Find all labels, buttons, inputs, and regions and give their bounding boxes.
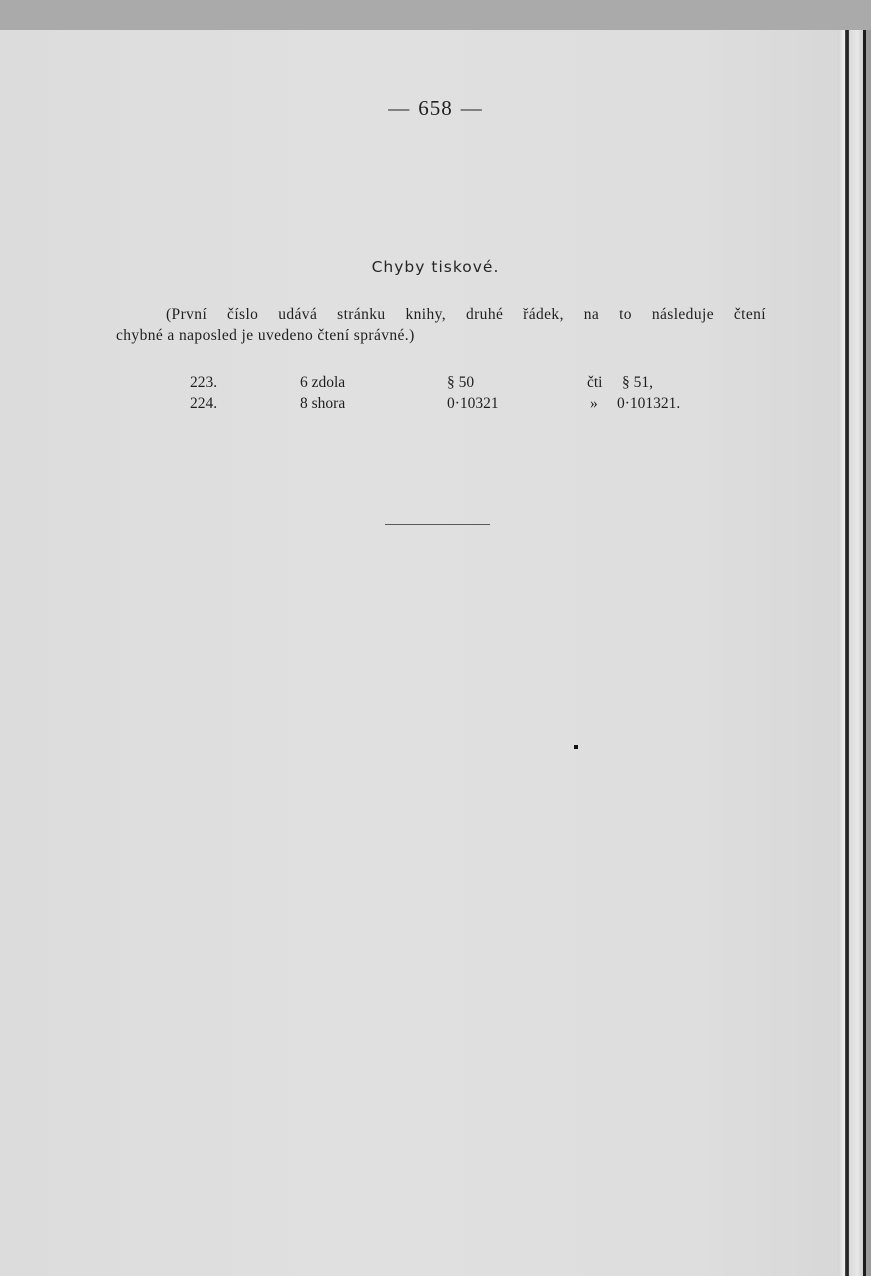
errata-wrong-reading: 0·10321 <box>447 395 499 413</box>
section-divider <box>385 524 490 525</box>
errata-correct-reading: § 51, <box>622 374 653 392</box>
errata-line: 6 zdola <box>300 374 345 392</box>
errata-correct-reading: 0·101321. <box>617 395 680 413</box>
page-edge <box>849 30 863 1276</box>
scan-right-margin <box>866 30 871 1276</box>
page-number-dash-right: — <box>461 96 483 121</box>
errata-page: 223. <box>190 374 217 392</box>
page-number-value: 658 <box>418 96 453 120</box>
errata-wrong-reading: § 50 <box>447 374 474 392</box>
scan-top-margin <box>0 0 871 30</box>
page-number: —658— <box>0 96 871 121</box>
errata-intro-paragraph: (První číslo udává stránku knihy, druhé … <box>116 304 766 346</box>
errata-page: 224. <box>190 395 217 413</box>
errata-line: 8 shora <box>300 395 345 413</box>
errata-row: 223. 6 zdola § 50 čti § 51, <box>0 374 871 395</box>
page-number-dash-left: — <box>388 96 410 121</box>
errata-heading: Chyby tiskové. <box>0 258 871 276</box>
errata-row: 224. 8 shora 0·10321 » 0·101321. <box>0 395 871 416</box>
errata-read-marker: čti <box>587 374 603 392</box>
book-page <box>0 30 871 1276</box>
errata-table: 223. 6 zdola § 50 čti § 51, 224. 8 shora… <box>0 374 871 416</box>
errata-ditto-marker: » <box>590 395 598 413</box>
intro-line-2: chybné a naposled je uvedeno čtení správ… <box>116 325 766 346</box>
ink-speck <box>574 745 578 749</box>
intro-line-1: (První číslo udává stránku knihy, druhé … <box>116 304 766 325</box>
